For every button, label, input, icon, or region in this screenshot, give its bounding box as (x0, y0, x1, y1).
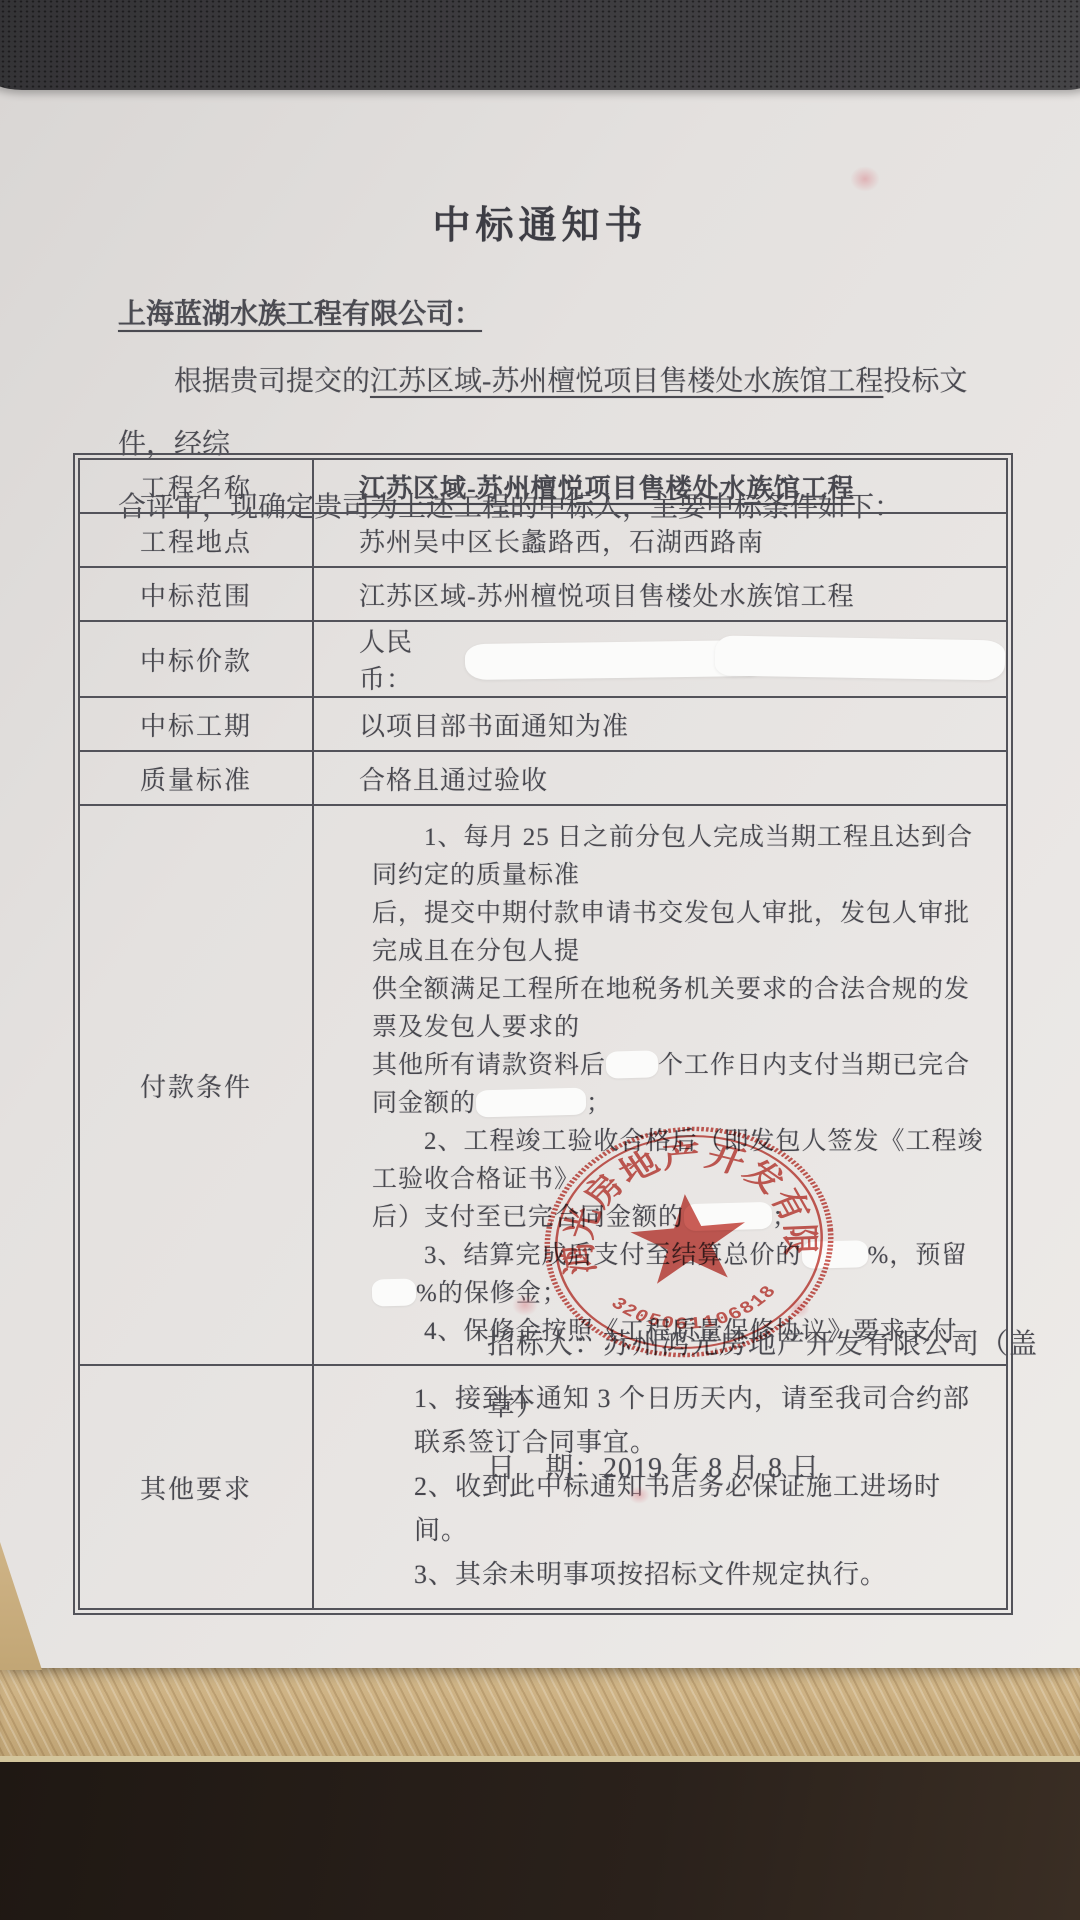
desk-wood-surface (0, 1660, 1080, 1762)
project-name-underlined: 江苏区域-苏州檀悦项目售楼处水族馆工程 (370, 366, 883, 397)
row-label: 中标价款 (80, 622, 314, 696)
redaction-blob (606, 1050, 659, 1078)
other-requirement-item: 3、其余未明事项按招标文件规定执行。 (414, 1553, 990, 1597)
row-value-price: 人民币： 佰 ） (314, 622, 1006, 696)
redaction-blob (476, 1088, 587, 1118)
company-seal: 苏州鸿光房地产开发有限公司 3205061106818 (528, 1109, 850, 1374)
table-row: 中标范围 江苏区域-苏州檀悦项目售楼处水族馆工程 (80, 566, 1006, 620)
pink-smudge (850, 166, 880, 192)
redaction-blob: 佰 (465, 636, 975, 682)
payment-line: 供全额满足工程所在地税务机关要求的合法合规的发票及发包人要求的 (372, 971, 990, 1047)
whiteout-mark (715, 635, 1006, 680)
price-prefix: 人民币： (359, 622, 461, 696)
page-title: 中标通知书 (0, 194, 1080, 249)
table-row: 中标价款 人民币： 佰 ） (80, 620, 1006, 696)
row-label: 质量标准 (80, 752, 314, 804)
row-value: 合格且通过验收 (314, 752, 1006, 804)
table-row: 工程名称 江苏区域-苏州檀悦项目售楼处水族馆工程 (80, 460, 1006, 512)
row-value: 苏州吴中区长蠡路西，石湖西路南 (314, 514, 1006, 566)
svg-text:3205061106818: 3205061106818 (604, 1280, 785, 1342)
table-row: 中标工期 以项目部书面通知为准 (80, 696, 1006, 750)
pink-smudge (512, 1294, 538, 1316)
document-paper: 中标通知书 上海蓝湖水族工程有限公司： 根据贵司提交的江苏区域-苏州檀悦项目售楼… (0, 56, 1080, 1668)
redaction-blob (372, 1278, 417, 1306)
addressee-company: 上海蓝湖水族工程有限公司： (118, 299, 510, 330)
row-value: 江苏区域-苏州檀悦项目售楼处水族馆工程 (314, 568, 1006, 620)
row-label: 工程名称 (80, 460, 314, 512)
row-label: 付款条件 (80, 806, 314, 1364)
row-label: 工程地点 (80, 514, 314, 566)
dark-shelf-edge (0, 0, 1080, 90)
payment-line: 其他所有请款资料后个工作日内支付当期已完合同金额的； (372, 1047, 990, 1123)
row-value: 江苏区域-苏州檀悦项目售楼处水族馆工程 (314, 460, 1006, 512)
seal-star-icon (628, 1189, 750, 1285)
row-label: 中标范围 (80, 568, 314, 620)
row-label: 其他要求 (80, 1366, 314, 1608)
seal-serial-number: 3205061106818 (604, 1280, 785, 1342)
row-value: 以项目部书面通知为准 (314, 698, 1006, 750)
date-line: 日 期：2019 年 8 月 8 日 (487, 1438, 1080, 1500)
photo-of-award-notice: 中标通知书 上海蓝湖水族工程有限公司： 根据贵司提交的江苏区域-苏州檀悦项目售楼… (0, 0, 1080, 1920)
payment-line: 1、每月 25 日之前分包人完成当期工程且达到合同约定的质量标准 (372, 819, 990, 895)
table-row: 工程地点 苏州吴中区长蠡路西，石湖西路南 (80, 512, 1006, 566)
table-row: 质量标准 合格且通过验收 (80, 750, 1006, 804)
desk-dark-front-edge (0, 1756, 1080, 1920)
payment-line: 后，提交中期付款申请书交发包人审批，发包人审批完成且在分包人提 (372, 895, 990, 971)
pink-smudge (628, 1486, 650, 1504)
row-label: 中标工期 (80, 698, 314, 750)
addressee-line: 上海蓝湖水族工程有限公司： (118, 292, 510, 332)
